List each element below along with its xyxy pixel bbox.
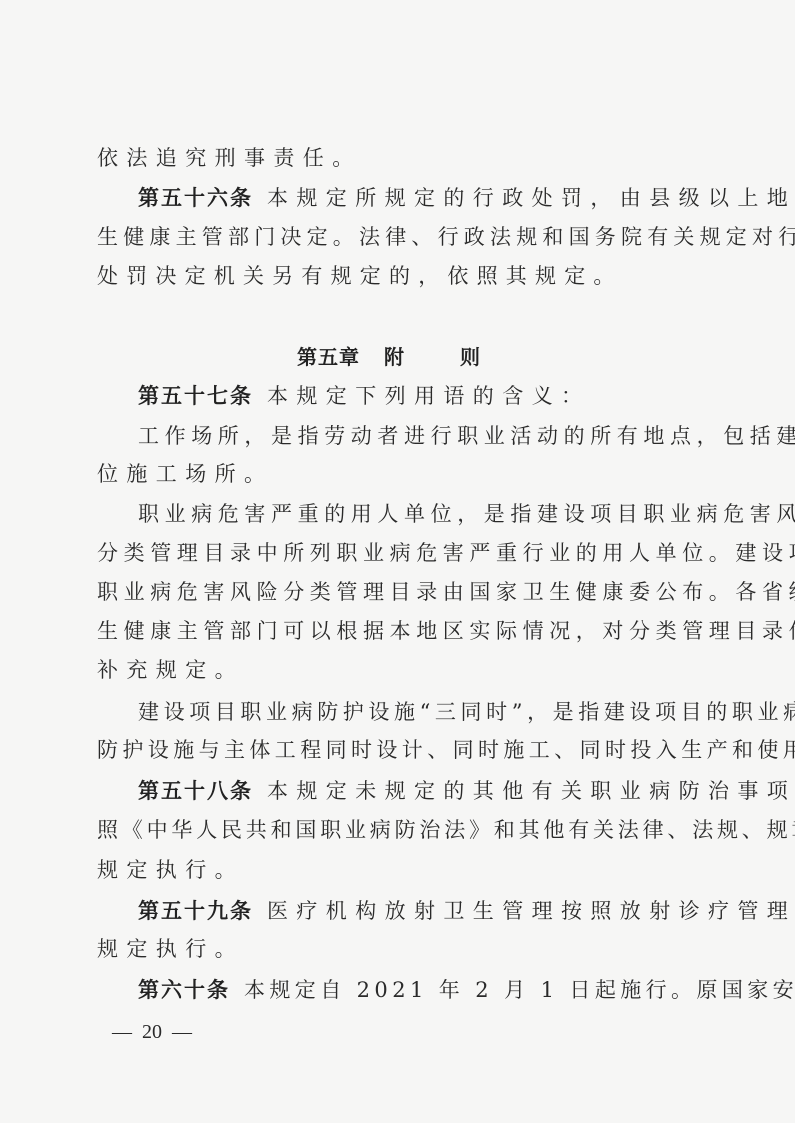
article-58-label: 第五十八条 bbox=[138, 779, 253, 803]
article-56-line-1: 第五十六条本规定所规定的行政处罚，由县级以上地方卫 bbox=[138, 184, 698, 212]
article-58-line-1: 第五十八条本规定未规定的其他有关职业病防治事项，依 bbox=[138, 777, 698, 805]
article-56-text: 本规定所规定的行政处罚，由县级以上地方卫 bbox=[267, 186, 795, 210]
definition-serious-hazard-line-3: 职业病危害风险分类管理目录由国家卫生健康委公布。各省级卫 bbox=[97, 578, 697, 606]
definition-workplace-line-1: 工作场所，是指劳动者进行职业活动的所有地点，包括建设单 bbox=[138, 422, 698, 450]
definition-serious-hazard-line-4: 生健康主管部门可以根据本地区实际情况，对分类管理目录作出 bbox=[97, 617, 697, 645]
article-57-intro: 本规定下列用语的含义： bbox=[267, 384, 590, 408]
article-60-label: 第六十条 bbox=[138, 978, 230, 1002]
article-57-line-1: 第五十七条本规定下列用语的含义： bbox=[138, 382, 698, 410]
article-56-line-3: 处罚决定机关另有规定的，依照其规定。 bbox=[97, 262, 697, 290]
continuation-line: 依法追究刑事责任。 bbox=[97, 144, 697, 172]
article-58-line-2: 照《中华人民共和国职业病防治法》和其他有关法律、法规、规章的 bbox=[97, 816, 697, 844]
article-59-text: 医疗机构放射卫生管理按照放射诊疗管理相关 bbox=[267, 899, 795, 923]
article-56-line-2: 生健康主管部门决定。法律、行政法规和国务院有关规定对行政 bbox=[97, 223, 697, 251]
article-59-line-2: 规定执行。 bbox=[97, 935, 697, 963]
definition-serious-hazard-line-1: 职业病危害严重的用人单位，是指建设项目职业病危害风险 bbox=[138, 500, 698, 528]
definition-three-simultaneous-line-2: 防护设施与主体工程同时设计、同时施工、同时投入生产和使用。 bbox=[97, 736, 697, 764]
chapter-number: 第五章 bbox=[297, 345, 360, 369]
article-57-label: 第五十七条 bbox=[138, 384, 253, 408]
chapter-heading: 第五章附 则 bbox=[0, 343, 795, 371]
article-60-line-1: 第六十条本规定自 2021 年 2 月 1 日起施行。原国家安全 bbox=[138, 976, 698, 1004]
article-58-line-3: 规定执行。 bbox=[97, 856, 697, 884]
page-number: — 20 — bbox=[112, 1018, 192, 1046]
article-59-line-1: 第五十九条医疗机构放射卫生管理按照放射诊疗管理相关 bbox=[138, 897, 698, 925]
definition-serious-hazard-line-5: 补充规定。 bbox=[97, 656, 697, 684]
article-59-label: 第五十九条 bbox=[138, 899, 253, 923]
article-58-text: 本规定未规定的其他有关职业病防治事项，依 bbox=[267, 779, 795, 803]
article-60-text: 本规定自 2021 年 2 月 1 日起施行。原国家安全 bbox=[244, 978, 795, 1002]
definition-three-simultaneous-line-1: 建设项目职业病防护设施“三同时”，是指建设项目的职业病 bbox=[138, 698, 698, 726]
definition-serious-hazard-line-2: 分类管理目录中所列职业病危害严重行业的用人单位。建设项目 bbox=[97, 539, 697, 567]
chapter-title: 附 则 bbox=[384, 345, 498, 369]
definition-workplace-line-2: 位施工场所。 bbox=[97, 460, 697, 488]
article-56-label: 第五十六条 bbox=[138, 186, 253, 210]
document-page: 依法追究刑事责任。 第五十六条本规定所规定的行政处罚，由县级以上地方卫 生健康主… bbox=[0, 0, 795, 1123]
